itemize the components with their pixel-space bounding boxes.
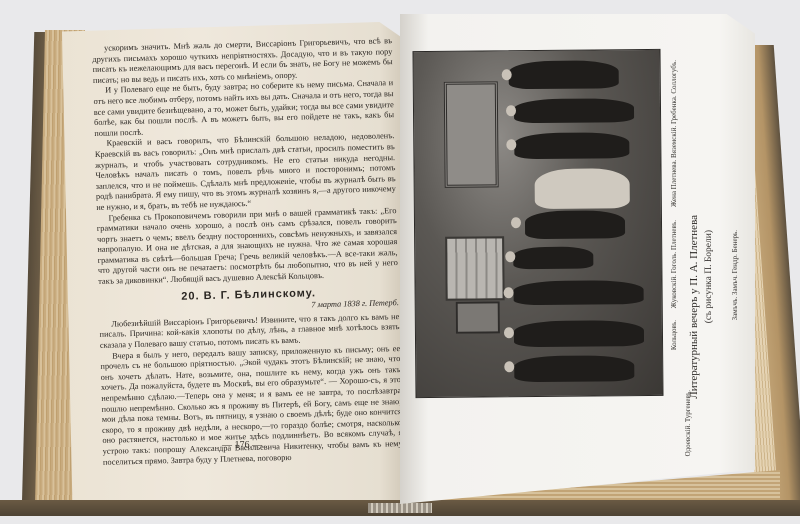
figure — [514, 98, 634, 123]
left-page-text: ускоримъ значить. Мнѣ жаль до смерти, Ви… — [92, 36, 403, 468]
figure — [514, 280, 644, 305]
figure — [525, 210, 625, 239]
figure-head — [505, 251, 515, 262]
figure-head — [502, 69, 512, 80]
figure-label: Замъчъ. Замъч. Гендр. Бенерь. — [731, 230, 739, 320]
spine-headband — [368, 503, 432, 513]
figure-label: Жена Плетнева. Вяземскій. Гребенка. Солл… — [670, 60, 678, 207]
illustration-caption-title: Литературный вечеръ у П. А. Плетнева — [688, 215, 700, 399]
figure — [514, 320, 644, 347]
paragraph: Гребенка съ Прокоповичемъ говорили при м… — [96, 206, 398, 288]
illustration-caption-subtitle: (съ рисунка П. Борели) — [704, 230, 714, 323]
figure — [514, 132, 629, 159]
figure-head — [506, 105, 516, 116]
book-photo: ускоримъ значить. Мнѣ жаль до смерти, Ви… — [0, 0, 800, 524]
figure — [509, 60, 619, 89]
figure-head — [504, 361, 514, 372]
window — [445, 236, 505, 301]
figure — [513, 247, 593, 270]
paragraph: Краевскій и васъ говорилъ, что Бѣлинскій… — [94, 131, 396, 213]
figure-head — [504, 287, 514, 298]
figure-head — [504, 327, 514, 338]
figure-label: Одоевскій. Тургеневъ. — [684, 390, 692, 456]
engraving-illustration — [412, 49, 663, 398]
painting-frame — [444, 81, 499, 187]
figure-label: Кольцовъ. — [670, 320, 678, 350]
figure-label: Жуковскій. Гоголь. Плетневъ. — [670, 220, 678, 308]
paragraph: И у Полеваго еще не быть, буду завтра; н… — [93, 79, 394, 140]
small-painting — [456, 301, 500, 333]
figure-head — [511, 217, 521, 228]
page-number: — 176 — — [222, 440, 262, 451]
figure — [514, 355, 634, 382]
figure-head — [506, 139, 516, 150]
table — [535, 168, 630, 209]
